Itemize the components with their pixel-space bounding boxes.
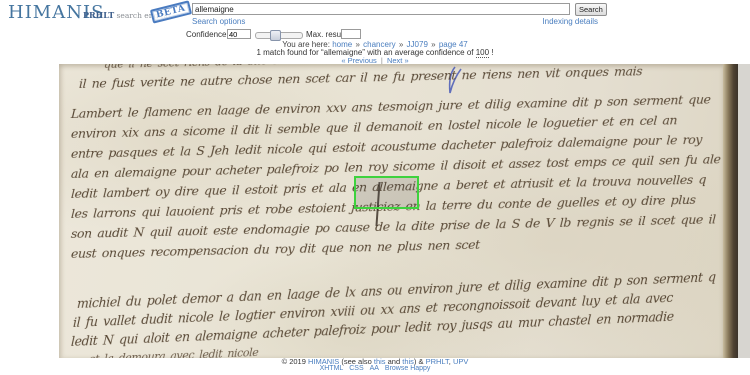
beta-badge: BETA [150, 0, 192, 23]
search-button[interactable]: Search [575, 3, 607, 16]
manuscript-page-image: que il ne scet riens de la dite chose ne… [59, 64, 750, 358]
search-options-link[interactable]: Search options [192, 17, 245, 26]
max-results-input[interactable] [341, 29, 361, 39]
browse-happy-link[interactable]: Browse Happy [383, 365, 433, 372]
footer-badges: XHTML CSS AA Browse Happy [0, 365, 750, 372]
aa-link[interactable]: AA [368, 365, 381, 372]
prhlt-label: PRHLT [83, 10, 114, 20]
search-input[interactable] [192, 3, 570, 15]
confidence-label: Confidence: [186, 30, 229, 39]
confidence-slider[interactable] [255, 32, 303, 39]
css-link[interactable]: CSS [347, 365, 365, 372]
search-match-highlight[interactable] [354, 176, 419, 209]
page-binding-edge [723, 64, 738, 358]
xhtml-link[interactable]: XHTML [318, 365, 346, 372]
indexing-details-link[interactable]: Indexing details [520, 17, 598, 26]
confidence-input[interactable] [227, 29, 251, 39]
